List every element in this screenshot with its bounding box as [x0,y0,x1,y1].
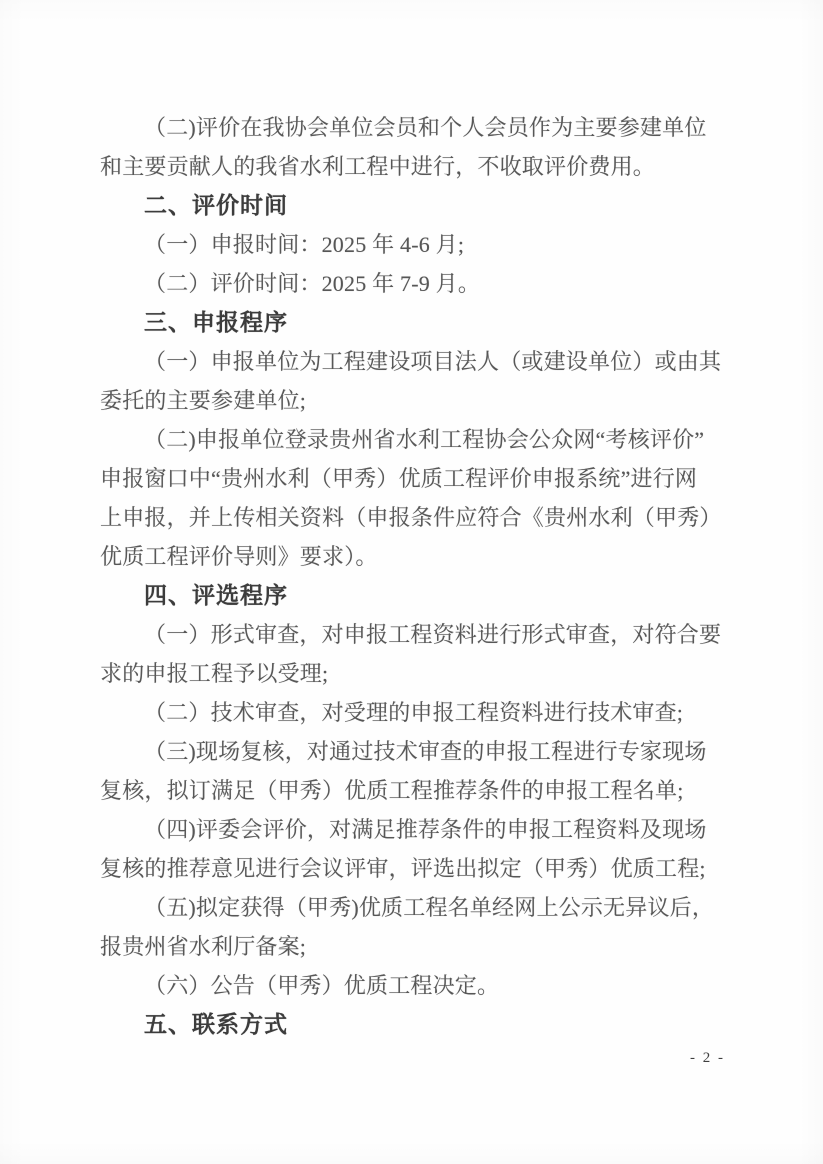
paragraph-line: （二）技术审查，对受理的申报工程资料进行技术审查; [100,693,722,732]
paragraph-line: 优质工程评价导则》要求）。 [100,537,722,576]
document-text-block: （二)评价在我协会单位会员和个人会员作为主要参建单位 和主要贡献人的我省水利工程… [100,108,722,1044]
section-heading-selection-procedure: 四、评选程序 [100,576,722,615]
section-heading-evaluation-time: 二、评价时间 [100,186,722,225]
section-heading-application-procedure: 三、申报程序 [100,303,722,342]
paragraph-line: 委托的主要参建单位; [100,381,722,420]
paragraph-line: （一）申报时间：2025 年 4-6 月; [100,225,722,264]
paragraph-line: 报贵州省水利厅备案; [100,927,722,966]
paragraph-line: 上申报，并上传相关资料（申报条件应符合《贵州水利（甲秀） [100,498,722,537]
paragraph-line: 复核，拟订满足（甲秀）优质工程推荐条件的申报工程名单; [100,771,722,810]
paragraph-line: （二）评价时间：2025 年 7-9 月。 [100,264,722,303]
paragraph-line: （一）形式审查，对申报工程资料进行形式审查，对符合要 [100,615,722,654]
paragraph-line: （三)现场复核，对通过技术审查的申报工程进行专家现场 [100,732,722,771]
paragraph-line: 求的申报工程予以受理; [100,654,722,693]
paragraph-line: （五)拟定获得（甲秀)优质工程名单经网上公示无异议后， [100,888,722,927]
page-number: - 2 - [690,1050,725,1067]
paragraph-line: 复核的推荐意见进行会议评审，评选出拟定（甲秀）优质工程; [100,849,722,888]
paragraph-line: 和主要贡献人的我省水利工程中进行，不收取评价费用。 [100,147,722,186]
section-heading-contact-info: 五、联系方式 [100,1005,722,1044]
paragraph-line: （二)申报单位登录贵州省水利工程协会公众网“考核评价” [100,420,722,459]
paragraph-line: （四)评委会评价，对满足推荐条件的申报工程资料及现场 [100,810,722,849]
document-page: （二)评价在我协会单位会员和个人会员作为主要参建单位 和主要贡献人的我省水利工程… [0,0,823,1164]
paragraph-line: 申报窗口中“贵州水利（甲秀）优质工程评价申报系统”进行网 [100,459,722,498]
paragraph-line: （一）申报单位为工程建设项目法人（或建设单位）或由其 [100,342,722,381]
paragraph-line: （二)评价在我协会单位会员和个人会员作为主要参建单位 [100,108,722,147]
paragraph-line: （六）公告（甲秀）优质工程决定。 [100,966,722,1005]
